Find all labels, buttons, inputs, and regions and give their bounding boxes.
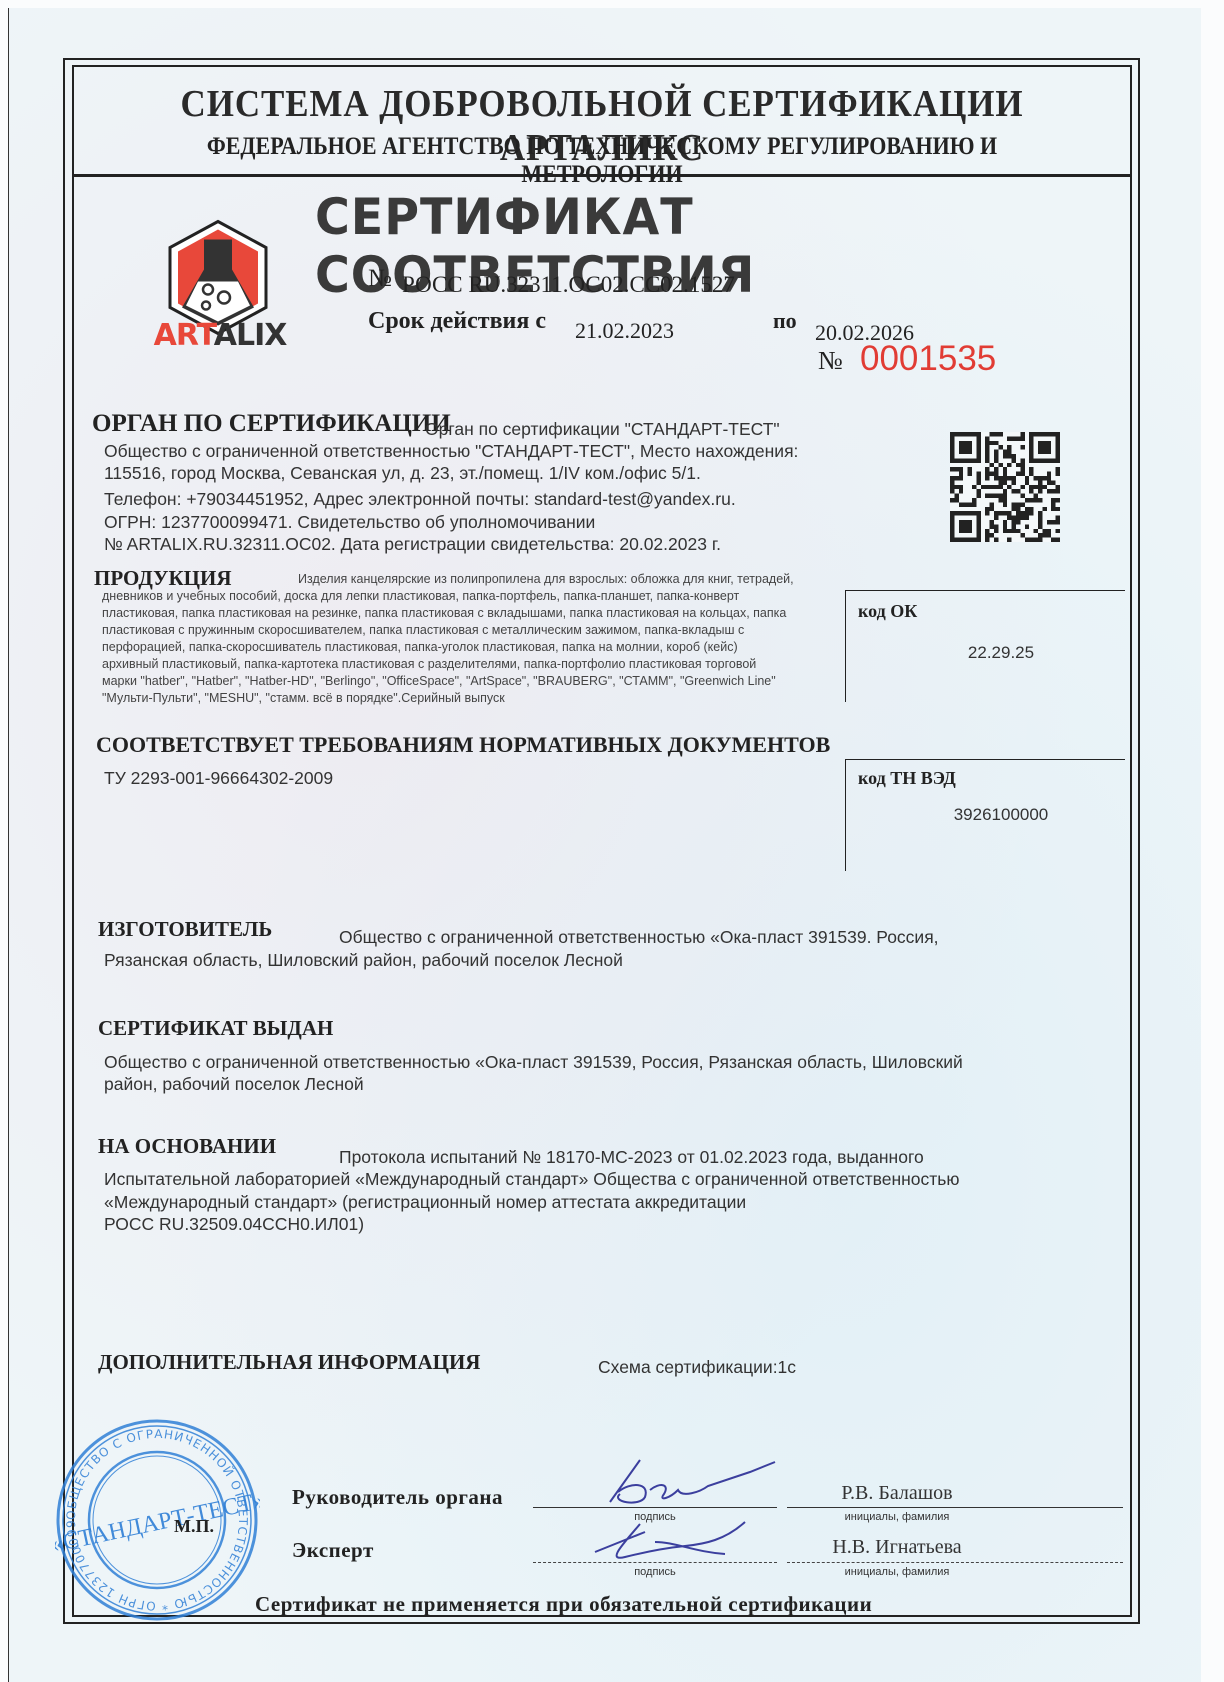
issued-to-line: Общество с ограниченной ответственностью…: [104, 1051, 963, 1074]
compliance-heading: СООТВЕТСТВУЕТ ТРЕБОВАНИЯМ НОРМАТИВНЫХ ДО…: [96, 732, 830, 758]
expert-name: Н.В. Игнатьева: [787, 1536, 1007, 1559]
certification-body-line: Орган по сертификации "СТАНДАРТ-ТЕСТ": [425, 418, 780, 441]
manufacturer-line: Рязанская область, Шиловский район, рабо…: [104, 949, 623, 972]
product-line: дневников и учебных пособий, доска для л…: [102, 588, 739, 605]
product-line: пластиковая с пружинным скоросшивателем,…: [102, 622, 744, 639]
product-line: пластиковая, папка пластиковая на резинк…: [102, 605, 786, 622]
valid-to-label: по: [773, 308, 797, 334]
ok-code-value: 22.29.25: [886, 643, 1116, 663]
number-label: №: [368, 265, 392, 293]
header-divider: [72, 174, 1132, 177]
seal-mark: М.П.: [174, 1516, 214, 1537]
tnved-code-label: код ТН ВЭД: [858, 768, 956, 789]
expert-name-line: [787, 1562, 1123, 1564]
logo-wordmark: ARTALIX: [150, 318, 290, 353]
product-line: Изделия канцелярские из полипропилена дл…: [298, 571, 794, 588]
valid-from: 21.02.2023: [575, 318, 674, 344]
certification-body-line: № ARTALIX.RU.32311.ОС02. Дата регистраци…: [104, 533, 721, 556]
basis-heading: НА ОСНОВАНИИ: [98, 1134, 276, 1159]
basis-line: РОСС RU.32509.04ССН0.ИЛ01): [104, 1213, 364, 1236]
stamp-center-text: «СТАНДАРТ-ТЕСТ»: [55, 1488, 260, 1559]
certification-body-heading: ОРГАН ПО СЕРТИФИКАЦИИ: [92, 410, 451, 438]
certification-body-line: Телефон: +79034451952, Адрес электронной…: [104, 488, 736, 511]
tnved-code-value: 3926100000: [886, 805, 1116, 825]
ok-code-label: код ОК: [858, 601, 917, 622]
basis-line: Испытательной лабораторией «Международны…: [104, 1168, 960, 1191]
manufacturer-line: Общество с ограниченной ответственностью…: [339, 926, 939, 949]
serial-label: №: [818, 346, 843, 376]
qr-code-icon[interactable]: [950, 432, 1060, 542]
agency-title: ФЕДЕРАЛЬНОЕ АГЕНТСТВО ПО ТЕХНИЧЕСКОМУ РЕ…: [136, 133, 1069, 189]
head-name-caption: инициалы, фамилия: [787, 1511, 1007, 1523]
tnved-code-box: код ТН ВЭД 3926100000: [845, 759, 1125, 871]
validity-label: Срок действия с: [368, 308, 546, 335]
certification-body-line: Общество с ограниченной ответственностью…: [104, 440, 798, 463]
serial-number: 0001535: [860, 339, 996, 379]
logo-word-red: ART: [154, 318, 214, 353]
product-line: перфорацией, папка-скоросшиватель пласти…: [102, 639, 738, 656]
additional-info-heading: ДОПОЛНИТЕЛЬНАЯ ИНФОРМАЦИЯ: [98, 1350, 480, 1375]
head-name: Р.В. Балашов: [787, 1482, 1007, 1505]
product-line: марки "hatber", "Hatber", "Hatber-HD", "…: [102, 673, 776, 690]
expert-label: Эксперт: [292, 1538, 374, 1563]
ok-code-box: код ОК 22.29.25: [845, 590, 1125, 702]
product-line: "Мульти-Пульти", "MESHU", "стамм. всё в …: [102, 690, 505, 707]
head-name-line: [787, 1507, 1123, 1508]
product-line: архивный пластиковый, папка-картотека пл…: [102, 656, 756, 673]
company-seal-icon: ОБЩЕСТВО С ОГРАНИЧЕННОЙ ОТВЕТСТВЕННОСТЬЮ…: [55, 1418, 260, 1623]
logo-word-dark: ALIX: [214, 318, 287, 353]
certification-body-line: 115516, город Москва, Севанская ул, д. 2…: [104, 462, 701, 485]
expert-signature-icon: [585, 1512, 795, 1567]
certificate-number: РОСС RU.32311.ОС02.СС02.1527: [402, 272, 735, 298]
certification-scheme: Схема сертификации:1с: [598, 1356, 796, 1379]
issued-to-heading: СЕРТИФИКАТ ВЫДАН: [98, 1016, 333, 1041]
basis-line: Протокола испытаний № 18170-МС-2023 от 0…: [339, 1146, 924, 1169]
certification-body-line: ОГРН: 1237700099471. Свидетельство об уп…: [104, 511, 595, 534]
issued-to-line: район, рабочий поселок Лесной: [104, 1073, 364, 1096]
basis-line: «Международный стандарт» (регистрационны…: [104, 1191, 746, 1214]
footer-note: Сертификат не применяется при обязательн…: [255, 1592, 872, 1617]
head-of-body-label: Руководитель органа: [292, 1485, 503, 1510]
normative-document: ТУ 2293-001-96664302-2009: [104, 767, 333, 790]
manufacturer-heading: ИЗГОТОВИТЕЛЬ: [98, 917, 272, 942]
expert-signature-caption: подпись: [533, 1566, 777, 1578]
expert-name-caption: инициалы, фамилия: [787, 1566, 1007, 1578]
